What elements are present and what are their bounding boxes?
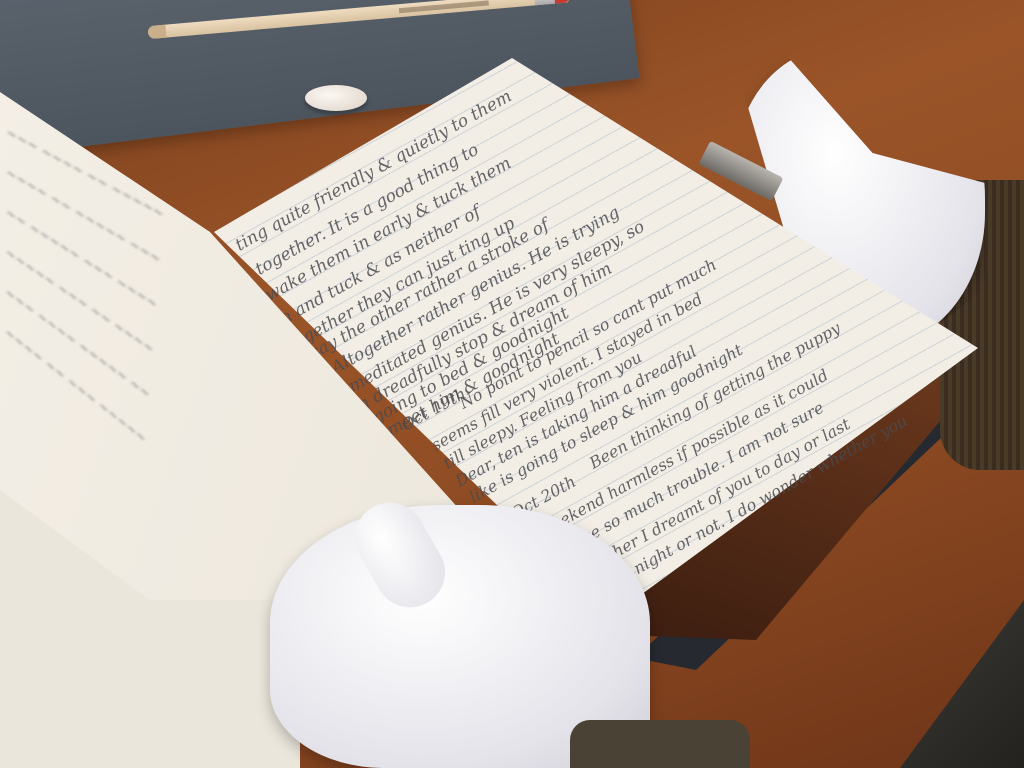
pencil-tip: [147, 25, 166, 40]
left-sleeve: [570, 720, 750, 768]
shell: [305, 85, 367, 111]
